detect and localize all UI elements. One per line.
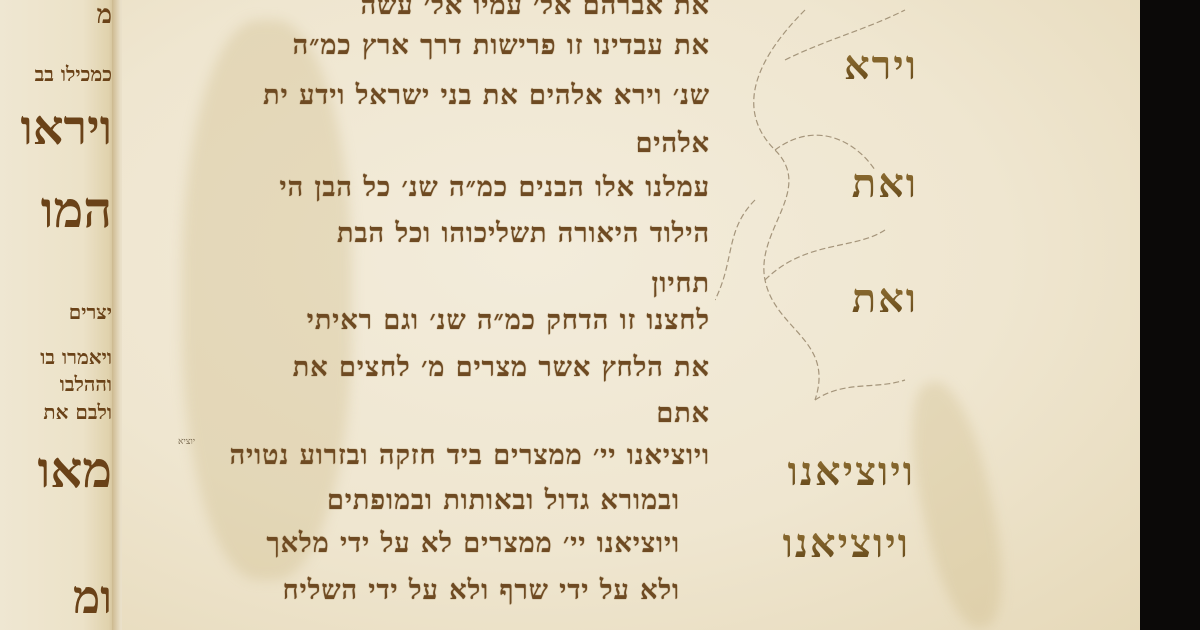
manuscript-line: שנ׳ וירא אלהים את בני ישראל וידע ית	[263, 80, 710, 111]
manuscript-line: את הלחץ אשר מצרים מ׳ לחצים את	[293, 352, 710, 383]
left-text-line: ויאמרו בו	[40, 345, 112, 370]
left-text-line: וההלבו	[60, 372, 112, 397]
left-text-line: ולבם את	[43, 400, 112, 425]
manuscript-line: אתם	[656, 398, 710, 429]
dark-background-edge	[1140, 0, 1200, 630]
manuscript-line: תחיון	[652, 268, 710, 299]
manuscript-line: עמלנו אלו הבנים כמ״ה שנ׳ כל הבן הי	[279, 172, 710, 203]
left-text-line: ויראו	[20, 100, 112, 156]
marginal-note: יוציא	[178, 436, 195, 447]
gilded-word: ויוציאנו	[788, 448, 915, 495]
left-page-fragment: מ כמכילו בב ויראו המו יצרים ויאמרו בו וה…	[0, 0, 118, 630]
left-text-line: ומ	[73, 570, 112, 624]
manuscript-line: ולא על ידי שרף ולא על ידי השליח	[283, 575, 680, 606]
gilded-word: וירא	[844, 42, 918, 89]
left-text-line: כמכילו בב	[35, 62, 112, 87]
manuscript-line: את אברהם אל׳ עמיו אל׳ עשה	[361, 0, 710, 21]
gilded-word: ואת	[852, 160, 918, 207]
manuscript-line: ויוציאנו יי׳ ממצרים ביד חזקה ובזרוע נטוי…	[230, 440, 710, 471]
manuscript-line: הילוד היאורה תשליכוהו וכל הבת	[337, 218, 710, 249]
left-text-line: מ	[97, 0, 112, 30]
manuscript-line: ובמורא גדול ובאותות ובמופתים	[327, 485, 680, 516]
manuscript-line: ויוציאנו יי׳ ממצרים לא על ידי מלאך	[266, 528, 680, 559]
gilded-word: ויוציאנו	[783, 520, 910, 567]
manuscript-line: לחצנו זו הדחק כמ״ה שנ׳ וגם ראיתי	[307, 305, 710, 336]
left-text-line: המו	[41, 180, 112, 239]
left-text-line: מאו	[37, 440, 112, 499]
manuscript-line: את עבדינו זו פרישות דרך ארץ כמ״ה	[293, 30, 710, 61]
manuscript-line: אלהים	[636, 128, 710, 159]
gilded-word: ואת	[852, 275, 918, 322]
left-text-line: יצרים	[69, 300, 112, 325]
